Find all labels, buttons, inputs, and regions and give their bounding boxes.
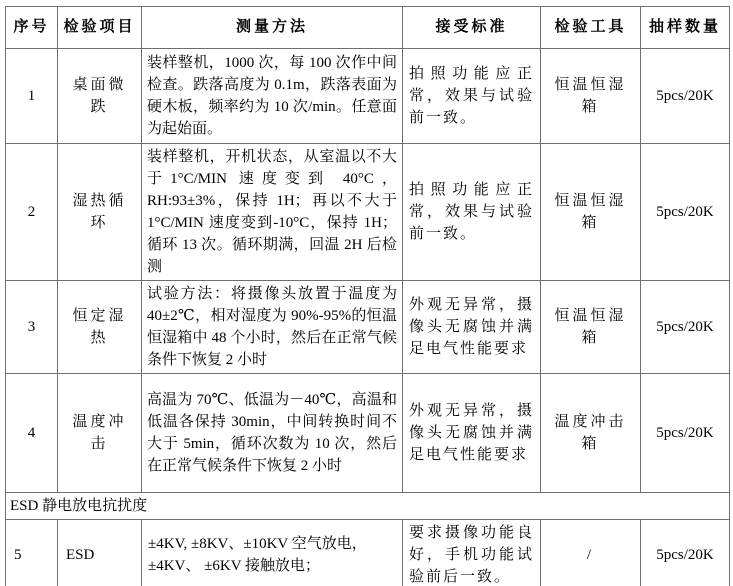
header-acceptance-standard: 接受标准 — [403, 7, 541, 49]
header-inspection-tool: 检验工具 — [541, 7, 641, 49]
cell-inspection-item: 湿热循环 — [58, 144, 142, 281]
cell-acceptance-standard: 拍照功能应正常，效果与试验前一致。 — [403, 49, 541, 144]
section-header-row: ESD 静电放电抗扰度 — [6, 493, 730, 520]
section-header-esd: ESD 静电放电抗扰度 — [6, 493, 730, 520]
table-row: 1 桌面微跌 装样整机，1000 次，每 100 次作中间检查。跌落高度为 0.… — [6, 49, 730, 144]
header-sampling-quantity: 抽样数量 — [641, 7, 730, 49]
cell-serial-no: 5 — [6, 520, 58, 586]
cell-sampling-quantity: 5pcs/20K — [641, 374, 730, 493]
cell-acceptance-standard: 拍照功能应正常，效果与试验前一致。 — [403, 144, 541, 281]
inspection-table: 序号 检验项目 测量方法 接受标准 检验工具 抽样数量 1 桌面微跌 装样整机，… — [5, 6, 730, 586]
table-row: 3 恒定湿热 试验方法：将摄像头放置于温度为 40±2℃，相对湿度为 90%-9… — [6, 281, 730, 374]
cell-sampling-quantity: 5pcs/20K — [641, 144, 730, 281]
document-page: 序号 检验项目 测量方法 接受标准 检验工具 抽样数量 1 桌面微跌 装样整机，… — [0, 0, 733, 586]
cell-serial-no: 1 — [6, 49, 58, 144]
cell-measurement-method: 装样整机，1000 次，每 100 次作中间检查。跌落高度为 0.1m，跌落表面… — [142, 49, 403, 144]
cell-measurement-method: 高温为 70℃、低温为－40℃，高温和低温各保持 30min，中间转换时间不大于… — [142, 374, 403, 493]
cell-inspection-item: 温度冲击 — [58, 374, 142, 493]
cell-inspection-item: 桌面微跌 — [58, 49, 142, 144]
cell-acceptance-standard: 外观无异常，摄像头无腐蚀并满足电气性能要求 — [403, 374, 541, 493]
cell-inspection-tool: 恒温恒湿箱 — [541, 281, 641, 374]
header-inspection-item: 检验项目 — [58, 7, 142, 49]
cell-serial-no: 2 — [6, 144, 58, 281]
table-row: 2 湿热循环 装样整机，开机状态，从室温以不大于1°C/MIN 速度变到 40°… — [6, 144, 730, 281]
cell-sampling-quantity: 5pcs/20K — [641, 520, 730, 586]
cell-inspection-tool: 温度冲击箱 — [541, 374, 641, 493]
cell-measurement-method: ±4KV, ±8KV、±10KV 空气放电，±4KV、 ±6KV 接触放电； — [142, 520, 403, 586]
cell-sampling-quantity: 5pcs/20K — [641, 281, 730, 374]
cell-sampling-quantity: 5pcs/20K — [641, 49, 730, 144]
table-row: 5 ESD ±4KV, ±8KV、±10KV 空气放电，±4KV、 ±6KV 接… — [6, 520, 730, 586]
cell-measurement-method: 装样整机，开机状态，从室温以不大于1°C/MIN 速度变到 40°C，RH:93… — [142, 144, 403, 281]
cell-inspection-tool: 恒温恒湿箱 — [541, 49, 641, 144]
cell-acceptance-standard: 要求摄像功能良好，手机功能试验前后一致。 — [403, 520, 541, 586]
cell-measurement-method: 试验方法：将摄像头放置于温度为 40±2℃，相对湿度为 90%-95%的恒温恒湿… — [142, 281, 403, 374]
cell-inspection-tool: 恒温恒湿箱 — [541, 144, 641, 281]
header-serial-no: 序号 — [6, 7, 58, 49]
cell-serial-no: 3 — [6, 281, 58, 374]
cell-serial-no: 4 — [6, 374, 58, 493]
cell-inspection-tool: / — [541, 520, 641, 586]
cell-inspection-item: ESD — [58, 520, 142, 586]
cell-acceptance-standard: 外观无异常，摄像头无腐蚀并满足电气性能要求 — [403, 281, 541, 374]
table-row: 4 温度冲击 高温为 70℃、低温为－40℃，高温和低温各保持 30min，中间… — [6, 374, 730, 493]
cell-inspection-item: 恒定湿热 — [58, 281, 142, 374]
header-measurement-method: 测量方法 — [142, 7, 403, 49]
table-header-row: 序号 检验项目 测量方法 接受标准 检验工具 抽样数量 — [6, 7, 730, 49]
